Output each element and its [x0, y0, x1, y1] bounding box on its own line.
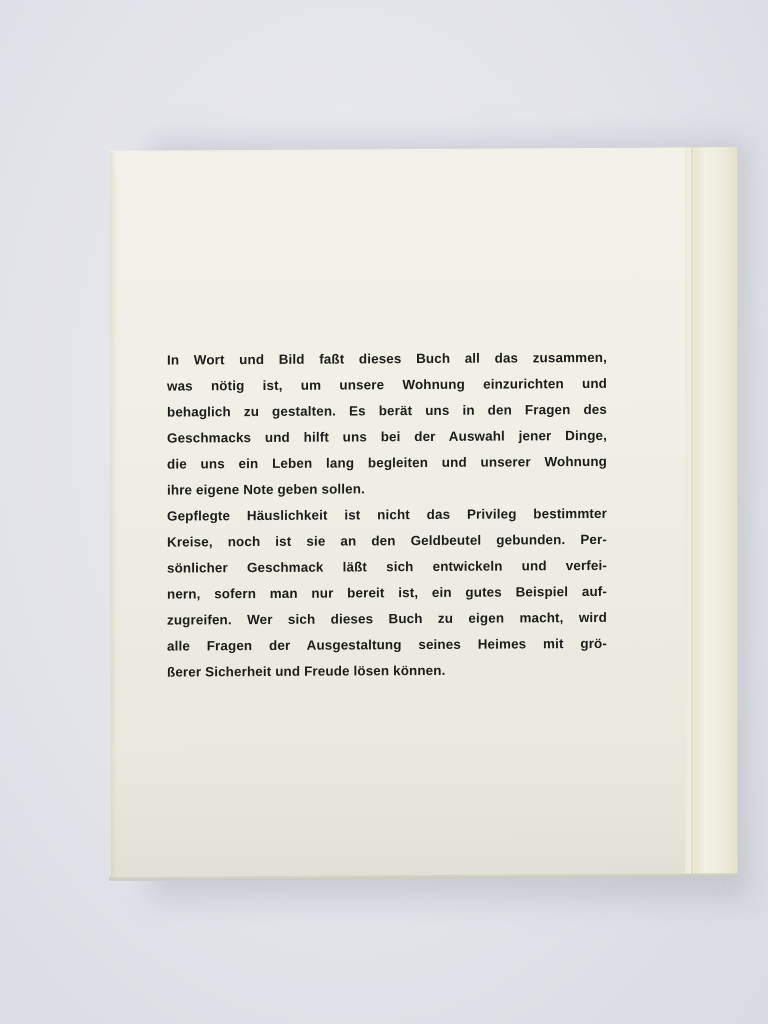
blurb-line: alle Fragen der Ausgestaltung seines Hei… [167, 631, 607, 660]
blurb-paragraph-1: In Wort und Bild faßt dieses Buch all da… [167, 345, 607, 504]
back-cover: In Wort und Bild faßt dieses Buch all da… [109, 147, 687, 880]
blurb-line: sönlicher Geschmack läßt sich entwickeln… [167, 553, 607, 582]
blurb-line: behaglich zu gestalten. Es berät uns in … [167, 397, 607, 426]
blurb-line: Geschmacks und hilft uns bei der Auswahl… [167, 423, 607, 452]
blurb-line: Kreise, noch ist sie an den Geldbeutel g… [167, 527, 607, 556]
blurb-paragraph-2: Gepflegte Häuslichkeit ist nicht das Pri… [167, 501, 607, 686]
blurb-line: zugreifen. Wer sich dieses Buch zu eigen… [167, 605, 607, 634]
cover-blurb: In Wort und Bild faßt dieses Buch all da… [167, 345, 607, 686]
blurb-line: was nötig ist, um unsere Wohnung einzuri… [167, 371, 607, 400]
blurb-line: ßerer Sicherheit und Freude lösen können… [167, 657, 607, 686]
blurb-line: die uns ein Leben lang begleiten und uns… [167, 449, 607, 478]
blurb-line: ihre eigene Note geben sollen. [167, 475, 607, 504]
book-spine [685, 147, 738, 875]
blurb-line: In Wort und Bild faßt dieses Buch all da… [167, 345, 607, 374]
spine-hinge [691, 147, 693, 875]
book: In Wort und Bild faßt dieses Buch all da… [109, 147, 739, 881]
blurb-line: Gepflegte Häuslichkeit ist nicht das Pri… [167, 501, 607, 530]
blurb-line: nern, sofern man nur bereit ist, ein gut… [167, 579, 607, 608]
